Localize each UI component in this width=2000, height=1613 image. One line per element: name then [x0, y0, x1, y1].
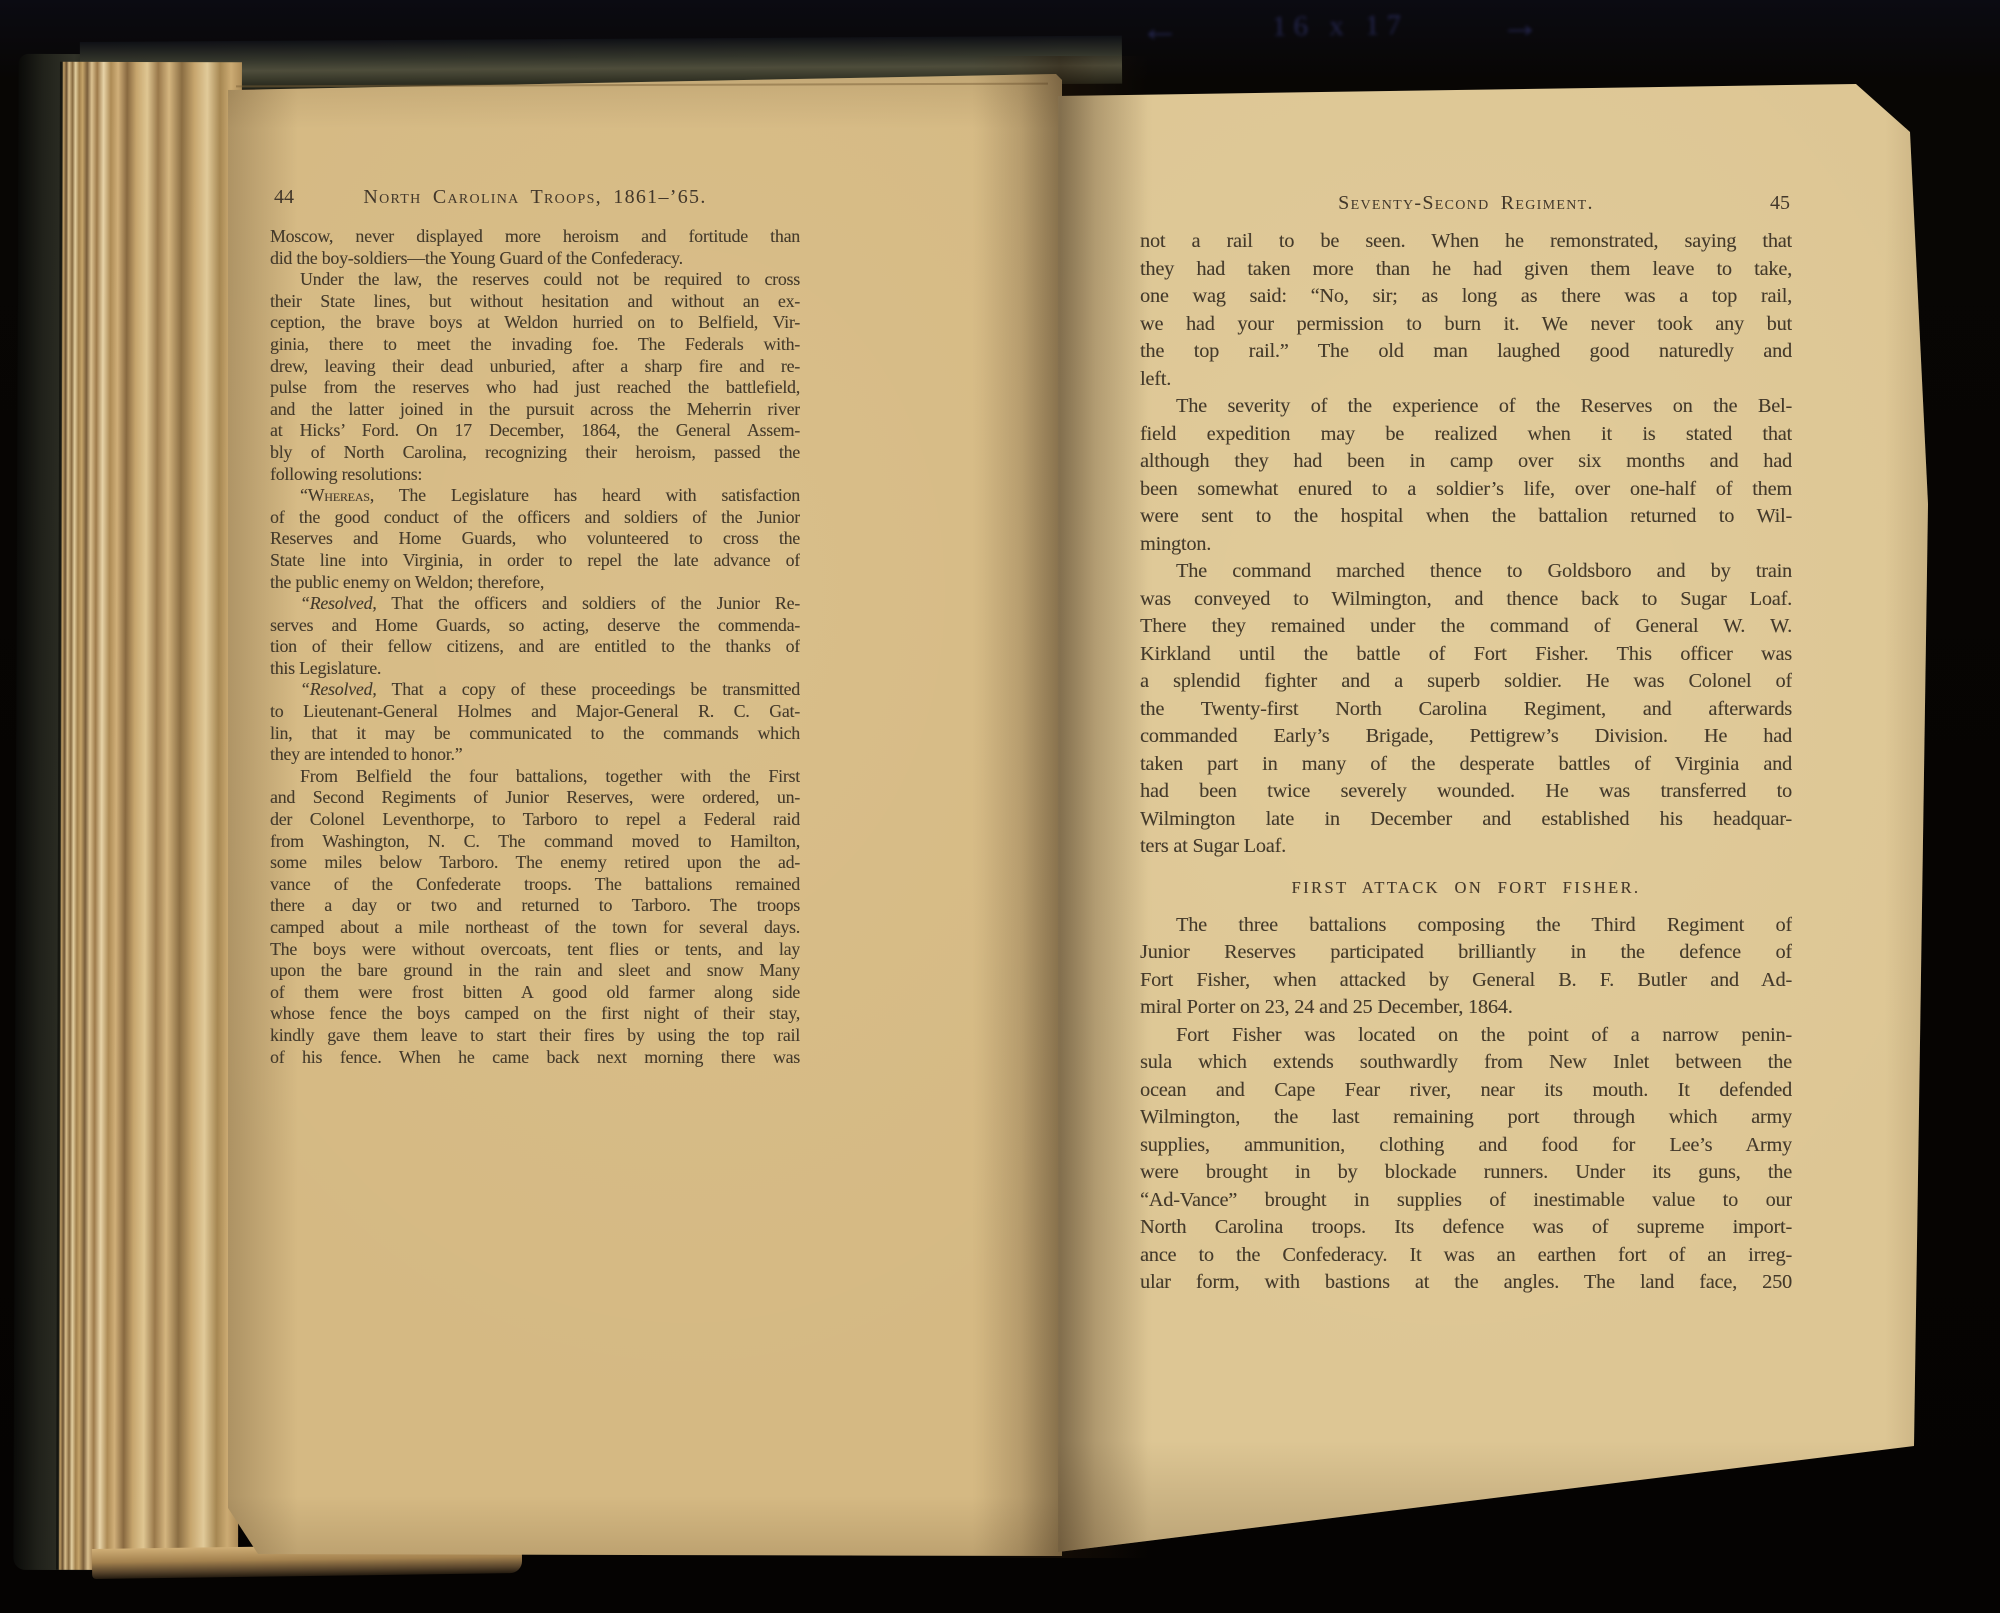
- right-page: Seventy-Second Regiment. 45 not a rail t…: [1058, 84, 1930, 1556]
- text-line: not a rail to be seen. When he remonstra…: [1140, 228, 1792, 256]
- text-line: were sent to the hospital when the batta…: [1140, 503, 1792, 531]
- text-line: the public enemy on Weldon; therefore,: [270, 572, 800, 594]
- left-running-head-row: 44 North Carolina Troops, 1861–’65.: [270, 186, 800, 209]
- running-header-left: North Carolina Troops, 1861–’65.: [270, 186, 800, 209]
- running-header-right: Seventy-Second Regiment.: [1140, 192, 1792, 215]
- text-line: whose fence the boys camped on the first…: [270, 1003, 800, 1025]
- text-line: field expedition may be realized when it…: [1140, 421, 1792, 449]
- text-line: supplies, ammunition, clothing and food …: [1140, 1132, 1792, 1160]
- text-line: of the good conduct of the officers and …: [270, 507, 800, 529]
- text-line: miral Porter on 23, 24 and 25 December, …: [1140, 994, 1792, 1022]
- text-line: lin, that it may be communicated to the …: [270, 723, 800, 745]
- text-line: they had taken more than he had given th…: [1140, 256, 1792, 284]
- text-line: to Lieutenant-General Holmes and Major-G…: [270, 701, 800, 723]
- left-page: 44 North Carolina Troops, 1861–’65. Mosc…: [228, 74, 1062, 1556]
- text-line: sula which extends southwardly from New …: [1140, 1049, 1792, 1077]
- text-line: “Ad-Vance” brought in supplies of inesti…: [1140, 1187, 1792, 1215]
- handwritten-annotation: ← 16 x 17 →: [1140, 0, 1540, 52]
- text-line: this Legislature.: [270, 658, 800, 680]
- text-line: one wag said: “No, sir; as long as there…: [1140, 283, 1792, 311]
- text-line: they are intended to honor.”: [270, 744, 800, 766]
- text-line: The three battalions composing the Third…: [1140, 912, 1792, 940]
- annotation-text: 16 x 17: [1272, 9, 1408, 43]
- text-line: Fort Fisher, when attacked by General B.…: [1140, 967, 1792, 995]
- text-line: tion of their fellow citizens, and are e…: [270, 636, 800, 658]
- text-line: the top rail.” The old man laughed good …: [1140, 338, 1792, 366]
- text-line: a splendid fighter and a superb soldier.…: [1140, 668, 1792, 696]
- text-line: their State lines, but without hesitatio…: [270, 291, 800, 313]
- right-running-head-row: Seventy-Second Regiment. 45: [1140, 192, 1792, 215]
- text-line: pulse from the reserves who had just rea…: [270, 377, 800, 399]
- text-line: upon the bare ground in the rain and sle…: [270, 960, 800, 982]
- text-line: of his fence. When he came back next mor…: [270, 1047, 800, 1069]
- text-line: There they remained under the command of…: [1140, 613, 1792, 641]
- text-line: was conveyed to Wilmington, and thence b…: [1140, 586, 1792, 614]
- text-line: camped about a mile northeast of the tow…: [270, 917, 800, 939]
- text-line: left.: [1140, 366, 1792, 394]
- page-edge-stack: [56, 62, 242, 1570]
- text-line: mington.: [1140, 531, 1792, 559]
- text-line: Fort Fisher was located on the point of …: [1140, 1022, 1792, 1050]
- section-heading: FIRST ATTACK ON FORT FISHER.: [1140, 877, 1792, 899]
- text-line: we had your permission to burn it. We ne…: [1140, 311, 1792, 339]
- text-line: and Second Regiments of Junior Reserves,…: [270, 787, 800, 809]
- text-line: Kirkland until the battle of Fort Fisher…: [1140, 641, 1792, 669]
- text-line: ginia, there to meet the invading foe. T…: [270, 334, 800, 356]
- text-line: there a day or two and returned to Tarbo…: [270, 895, 800, 917]
- text-line: Under the law, the reserves could not be…: [270, 269, 800, 291]
- text-line: following resolutions:: [270, 464, 800, 486]
- text-line: taken part in many of the desperate batt…: [1140, 751, 1792, 779]
- text-line: Moscow, never displayed more heroism and…: [270, 226, 800, 248]
- text-line: “Whereas, The Legislature has heard with…: [270, 485, 800, 507]
- text-line: The command marched thence to Goldsboro …: [1140, 558, 1792, 586]
- text-line: Wilmington late in December and establis…: [1140, 806, 1792, 834]
- page-number-right: 45: [1770, 192, 1790, 215]
- text-line: at Hicks’ Ford. On 17 December, 1864, th…: [270, 420, 800, 442]
- text-line: From Belfield the four battalions, toget…: [270, 766, 800, 788]
- text-line: were brought in by blockade runners. Und…: [1140, 1159, 1792, 1187]
- text-line: vance of the Confederate troops. The bat…: [270, 874, 800, 896]
- left-page-text: Moscow, never displayed more heroism and…: [270, 226, 800, 1068]
- text-line: some miles below Tarboro. The enemy reti…: [270, 852, 800, 874]
- text-line: “Resolved, That a copy of these proceedi…: [270, 679, 800, 701]
- text-line: ception, the brave boys at Weldon hurrie…: [270, 312, 800, 334]
- photo-background: ← 16 x 17 → 44 North Carolina Troops, 18…: [0, 0, 2000, 1613]
- text-line: Junior Reserves participated brilliantly…: [1140, 939, 1792, 967]
- text-line: ance to the Confederacy. It was an earth…: [1140, 1242, 1792, 1270]
- text-line: State line into Virginia, in order to re…: [270, 550, 800, 572]
- text-line: serves and Home Guards, so acting, deser…: [270, 615, 800, 637]
- text-line: had been twice severely wounded. He was …: [1140, 778, 1792, 806]
- text-line: drew, leaving their dead unburied, after…: [270, 356, 800, 378]
- text-line: Reserves and Home Guards, who volunteere…: [270, 528, 800, 550]
- text-line: ular form, with bastions at the angles. …: [1140, 1269, 1792, 1297]
- right-page-text: not a rail to be seen. When he remonstra…: [1140, 228, 1792, 1297]
- text-line: and the latter joined in the pursuit acr…: [270, 399, 800, 421]
- text-line: from Washington, N. C. The command moved…: [270, 831, 800, 853]
- text-line: although they had been in camp over six …: [1140, 448, 1792, 476]
- text-line: ters at Sugar Loaf.: [1140, 833, 1792, 861]
- text-line: Wilmington, the last remaining port thro…: [1140, 1104, 1792, 1132]
- right-arrow-icon: →: [1500, 0, 1541, 48]
- text-line: the Twenty-first North Carolina Regiment…: [1140, 696, 1792, 724]
- text-line: North Carolina troops. Its defence was o…: [1140, 1214, 1792, 1242]
- text-line: been somewhat enured to a soldier’s life…: [1140, 476, 1792, 504]
- text-line: kindly gave them leave to start their fi…: [270, 1025, 800, 1047]
- text-line: The boys were without overcoats, tent fl…: [270, 939, 800, 961]
- text-line: “Resolved, That the officers and soldier…: [270, 593, 800, 615]
- text-line: of them were frost bitten A good old far…: [270, 982, 800, 1004]
- left-arrow-icon: ←: [1140, 4, 1181, 52]
- text-line: ocean and Cape Fear river, near its mout…: [1140, 1077, 1792, 1105]
- text-line: did the boy-soldiers—the Young Guard of …: [270, 248, 800, 270]
- page-number-left: 44: [274, 186, 294, 209]
- text-line: der Colonel Leventhorpe, to Tarboro to r…: [270, 809, 800, 831]
- text-line: bly of North Carolina, recognizing their…: [270, 442, 800, 464]
- text-line: commanded Early’s Brigade, Pettigrew’s D…: [1140, 723, 1792, 751]
- text-line: The severity of the experience of the Re…: [1140, 393, 1792, 421]
